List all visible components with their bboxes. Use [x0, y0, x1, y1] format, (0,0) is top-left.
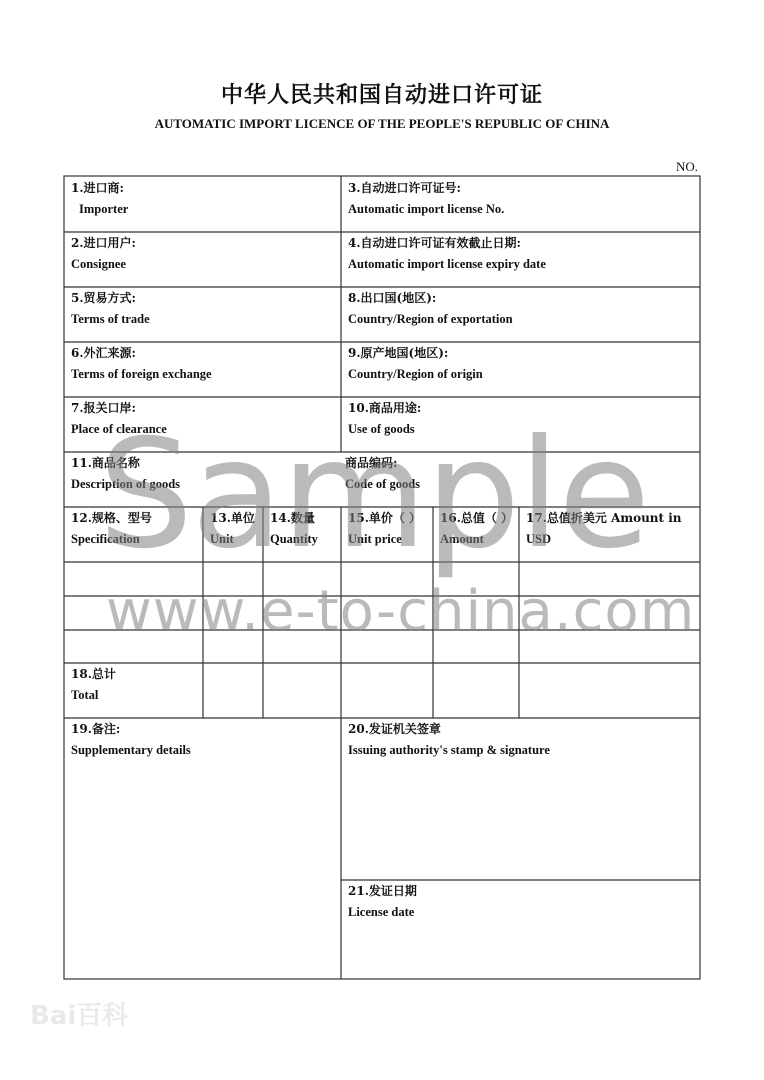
col-specification: 12.规格、型号 Specification [71, 508, 152, 550]
field-license-no[interactable]: 3.自动进口许可证号: Automatic import license No. [348, 178, 504, 220]
field-terms-of-trade[interactable]: 5.贸易方式: Terms of trade [71, 288, 150, 330]
field-label-cn: 1.进口商: [71, 178, 128, 199]
field-foreign-exchange[interactable]: 6.外汇来源: Terms of foreign exchange [71, 343, 212, 385]
field-label-en: Place of clearance [71, 419, 167, 440]
field-label-cn: 商品编码: [345, 453, 420, 474]
col-label-cn: 12.规格、型号 [71, 508, 152, 529]
field-label-en: Automatic import license expiry date [348, 254, 546, 275]
field-label-en: Terms of trade [71, 309, 150, 330]
col-label-en: Quantity [270, 529, 318, 550]
field-label-en: Description of goods [71, 474, 180, 495]
col-label-en: Specification [71, 529, 152, 550]
field-label-cn: 10.商品用途: [348, 398, 421, 419]
field-country-exportation[interactable]: 8.出口国(地区): Country/Region of exportation [348, 288, 513, 330]
col-amount: 16.总值（ ） Amount [440, 508, 513, 550]
col-label-cn: 15.单价（ ） [348, 508, 421, 529]
field-label-en: License date [348, 902, 417, 923]
field-consignee[interactable]: 2.进口用户: Consignee [71, 233, 136, 275]
field-expiry-date[interactable]: 4.自动进口许可证有效截止日期: Automatic import licens… [348, 233, 546, 275]
col-label-en: Amount [440, 529, 513, 550]
col-label-en: USD [526, 529, 682, 550]
field-label-en: Code of goods [345, 474, 420, 495]
field-label-en: Automatic import license No. [348, 199, 504, 220]
field-label-en: Terms of foreign exchange [71, 364, 212, 385]
row-label-en: Total [71, 685, 116, 706]
col-unit: 13.单位 Unit [210, 508, 255, 550]
field-label-cn: 21.发证日期 [348, 881, 417, 902]
field-label-cn: 7.报关口岸: [71, 398, 167, 419]
col-amount-usd: 17.总值折美元 Amount in USD [526, 508, 682, 550]
field-label-en: Consignee [71, 254, 136, 275]
col-label-cn: 14.数量 [270, 508, 318, 529]
col-quantity: 14.数量 Quantity [270, 508, 318, 550]
field-label-cn: 19.备注: [71, 719, 191, 740]
title-english: AUTOMATIC IMPORT LICENCE OF THE PEOPLE'S… [0, 116, 764, 132]
field-label-cn: 6.外汇来源: [71, 343, 212, 364]
field-label-en: Country/Region of origin [348, 364, 483, 385]
field-label-cn: 2.进口用户: [71, 233, 136, 254]
field-description-goods[interactable]: 11.商品名称 Description of goods [71, 453, 180, 495]
col-label-en: Unit [210, 529, 255, 550]
field-label-cn: 4.自动进口许可证有效截止日期: [348, 233, 546, 254]
field-label-en: Use of goods [348, 419, 421, 440]
col-unit-price: 15.单价（ ） Unit price [348, 508, 421, 550]
field-label-cn: 9.原产地国(地区): [348, 343, 483, 364]
field-label-en: Importer [71, 199, 128, 220]
row-total: 18.总计 Total [71, 664, 116, 706]
field-label-en: Issuing authority's stamp & signature [348, 740, 550, 761]
title-chinese: 中华人民共和国自动进口许可证 [0, 78, 764, 109]
row-label-cn: 18.总计 [71, 664, 116, 685]
field-label-en: Supplementary details [71, 740, 191, 761]
field-use-of-goods[interactable]: 10.商品用途: Use of goods [348, 398, 421, 440]
field-supplementary-details[interactable]: 19.备注: Supplementary details [71, 719, 191, 761]
license-number-label: NO. [676, 159, 698, 175]
col-label-en: Unit price [348, 529, 421, 550]
field-label-cn: 8.出口国(地区): [348, 288, 513, 309]
field-license-date[interactable]: 21.发证日期 License date [348, 881, 417, 923]
field-label-cn: 20.发证机关签章 [348, 719, 550, 740]
col-label-cn: 13.单位 [210, 508, 255, 529]
col-label-cn: 17.总值折美元 Amount in [526, 508, 682, 529]
field-label-en: Country/Region of exportation [348, 309, 513, 330]
url-watermark: www.e-to-china.com [106, 582, 695, 642]
field-importer[interactable]: 1.进口商: Importer [71, 178, 128, 220]
field-label-cn: 11.商品名称 [71, 453, 180, 474]
field-label-cn: 5.贸易方式: [71, 288, 150, 309]
baidu-logo-watermark: Bai百科 [30, 995, 128, 1032]
field-country-origin[interactable]: 9.原产地国(地区): Country/Region of origin [348, 343, 483, 385]
field-code-goods[interactable]: 商品编码: Code of goods [345, 453, 420, 495]
field-place-clearance[interactable]: 7.报关口岸: Place of clearance [71, 398, 167, 440]
field-issuing-authority[interactable]: 20.发证机关签章 Issuing authority's stamp & si… [348, 719, 550, 761]
col-label-cn: 16.总值（ ） [440, 508, 513, 529]
field-label-cn: 3.自动进口许可证号: [348, 178, 504, 199]
